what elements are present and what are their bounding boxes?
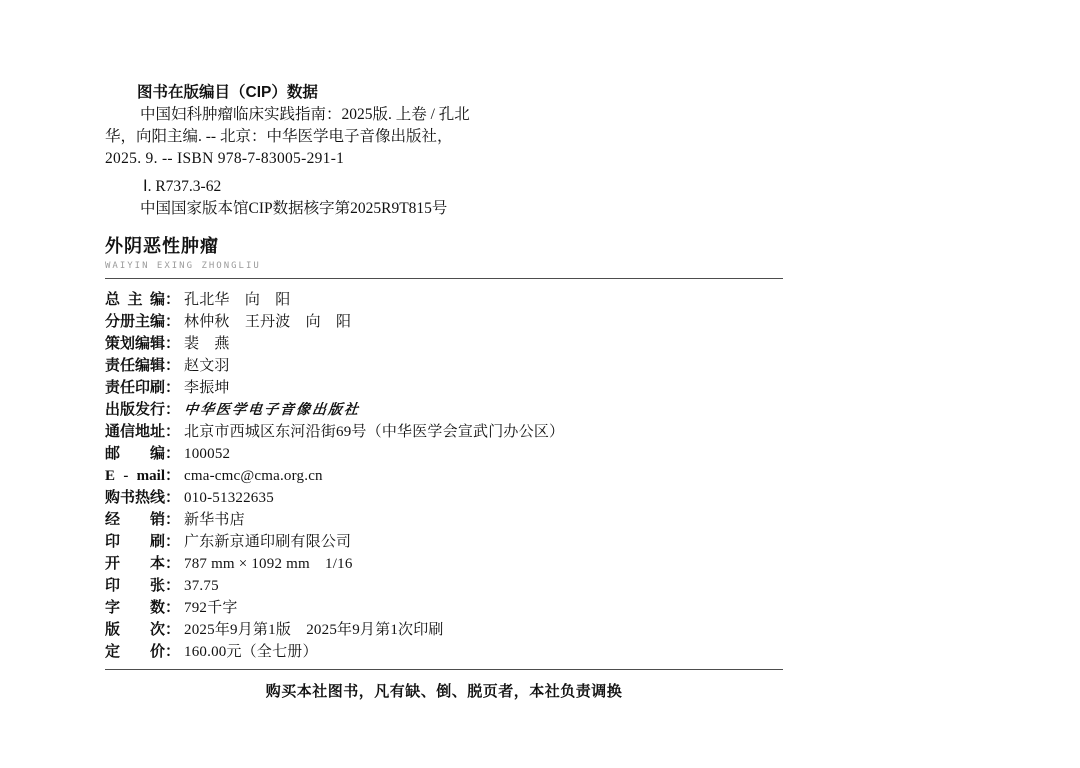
info-label: 通信地址: [105, 421, 165, 443]
info-value: 160.00元（全七册）: [184, 644, 318, 660]
info-colon: ：: [165, 511, 180, 528]
info-value: 孔北华 向 阳: [184, 292, 290, 308]
info-label: 印张: [105, 575, 165, 597]
info-label: 出版发行: [105, 399, 165, 421]
page-content: 图书在版编目（CIP）数据 中国妇科肿瘤临床实践指南：2025版. 上卷 / 孔…: [105, 0, 783, 702]
info-label: 总主编: [105, 289, 165, 311]
info-value: 北京市西城区东河沿街69号（中华医学会宣武门办公区）: [184, 424, 564, 440]
info-colon: ：: [165, 599, 180, 616]
title-block: 外阴恶性肿瘤 WAIYIN EXING ZHONGLIU: [105, 234, 783, 272]
info-value: 新华书店: [184, 512, 245, 528]
info-row-price: 定价：160.00元（全七册）: [105, 641, 783, 663]
publisher-logo: 中华医学电子音像出版社: [183, 400, 361, 422]
info-row-chief-editor: 总主编：孔北华 向 阳: [105, 289, 783, 311]
info-label: 字数: [105, 597, 165, 619]
info-colon: ：: [165, 577, 180, 594]
info-colon: ：: [165, 291, 180, 308]
info-label: 定价: [105, 641, 165, 663]
info-label: 邮编: [105, 443, 165, 465]
info-colon: ：: [165, 379, 180, 396]
info-row-print-supervisor: 责任印刷：李振坤: [105, 377, 783, 399]
publication-info-list: 总主编：孔北华 向 阳 分册主编：林仲秋 王丹波 向 阳 策划编辑：裴 燕 责任…: [105, 289, 783, 663]
info-colon: ：: [165, 489, 180, 506]
replacement-notice: 购买本社图书，凡有缺、倒、脱页者，本社负责调换: [105, 682, 783, 702]
info-row-printer: 印刷：广东新京通印刷有限公司: [105, 531, 783, 553]
copyright-page: 图书在版编目（CIP）数据 中国妇科肿瘤临床实践指南：2025版. 上卷 / 孔…: [0, 0, 1080, 768]
info-colon: ：: [165, 445, 180, 462]
info-row-sheets: 印张：37.75: [105, 575, 783, 597]
info-value: 100052: [184, 446, 230, 462]
info-colon: ：: [165, 335, 180, 352]
info-row-postcode: 邮编：100052: [105, 443, 783, 465]
info-label: 版次: [105, 619, 165, 641]
info-label: 分册主编: [105, 311, 165, 333]
cip-line-record-number: 中国国家版本馆CIP数据核字第2025R9T815号: [140, 198, 783, 220]
info-colon: ：: [165, 401, 180, 418]
info-value: 赵文羽: [184, 358, 230, 374]
book-title-pinyin: WAIYIN EXING ZHONGLIU: [105, 260, 783, 272]
cip-heading: 图书在版编目（CIP）数据: [137, 82, 783, 104]
info-label: 责任印刷: [105, 377, 165, 399]
info-value: 广东新京通印刷有限公司: [184, 534, 351, 550]
info-row-email: E - mail：cma-cmc@cma.org.cn: [105, 465, 783, 487]
info-colon: ：: [165, 313, 180, 330]
info-value: 林仲秋 王丹波 向 阳: [184, 314, 351, 330]
info-colon: ：: [165, 555, 180, 572]
info-row-distributor: 经销：新华书店: [105, 509, 783, 531]
info-label: E - mail: [105, 465, 165, 487]
info-value: 2025年9月第1版 2025年9月第1次印刷: [184, 622, 444, 638]
info-colon: ：: [165, 467, 180, 484]
info-label: 经销: [105, 509, 165, 531]
info-row-volume-editor: 分册主编：林仲秋 王丹波 向 阳: [105, 311, 783, 333]
info-value: 010-51322635: [184, 490, 274, 506]
info-colon: ：: [165, 423, 180, 440]
cip-line: 华，向阳主编. -- 北京：中华医学电子音像出版社，: [105, 126, 783, 148]
divider-top: [105, 278, 783, 279]
info-colon: ：: [165, 621, 180, 638]
info-row-planning-editor: 策划编辑：裴 燕: [105, 333, 783, 355]
info-row-word-count: 字数：792千字: [105, 597, 783, 619]
info-colon: ：: [165, 643, 180, 660]
info-row-format: 开本：787 mm × 1092 mm 1/16: [105, 553, 783, 575]
info-label: 责任编辑: [105, 355, 165, 377]
info-label: 策划编辑: [105, 333, 165, 355]
info-row-edition: 版次：2025年9月第1版 2025年9月第1次印刷: [105, 619, 783, 641]
info-row-responsible-editor: 责任编辑：赵文羽: [105, 355, 783, 377]
divider-bottom: [105, 669, 783, 670]
info-colon: ：: [165, 533, 180, 550]
info-label: 印刷: [105, 531, 165, 553]
info-value: 裴 燕: [184, 336, 230, 352]
info-value: 792千字: [184, 600, 238, 616]
info-row-hotline: 购书热线：010-51322635: [105, 487, 783, 509]
info-label: 开本: [105, 553, 165, 575]
info-value: 787 mm × 1092 mm 1/16: [184, 556, 353, 572]
info-value: 李振坤: [184, 380, 230, 396]
info-row-address: 通信地址：北京市西城区东河沿街69号（中华医学会宣武门办公区）: [105, 421, 783, 443]
info-row-publisher: 出版发行：中华医学电子音像出版社: [105, 399, 783, 421]
info-value: 37.75: [184, 578, 219, 594]
info-colon: ：: [165, 357, 180, 374]
cip-line-classification: Ⅰ. R737.3-62: [143, 176, 783, 198]
cip-block: 图书在版编目（CIP）数据 中国妇科肿瘤临床实践指南：2025版. 上卷 / 孔…: [105, 0, 783, 220]
info-value: cma-cmc@cma.org.cn: [184, 468, 323, 484]
cip-line-isbn: 2025. 9. -- ISBN 978-7-83005-291-1: [105, 148, 783, 170]
book-title: 外阴恶性肿瘤: [105, 234, 783, 258]
cip-line: 中国妇科肿瘤临床实践指南：2025版. 上卷 / 孔北: [140, 104, 783, 126]
info-label: 购书热线: [105, 487, 165, 509]
